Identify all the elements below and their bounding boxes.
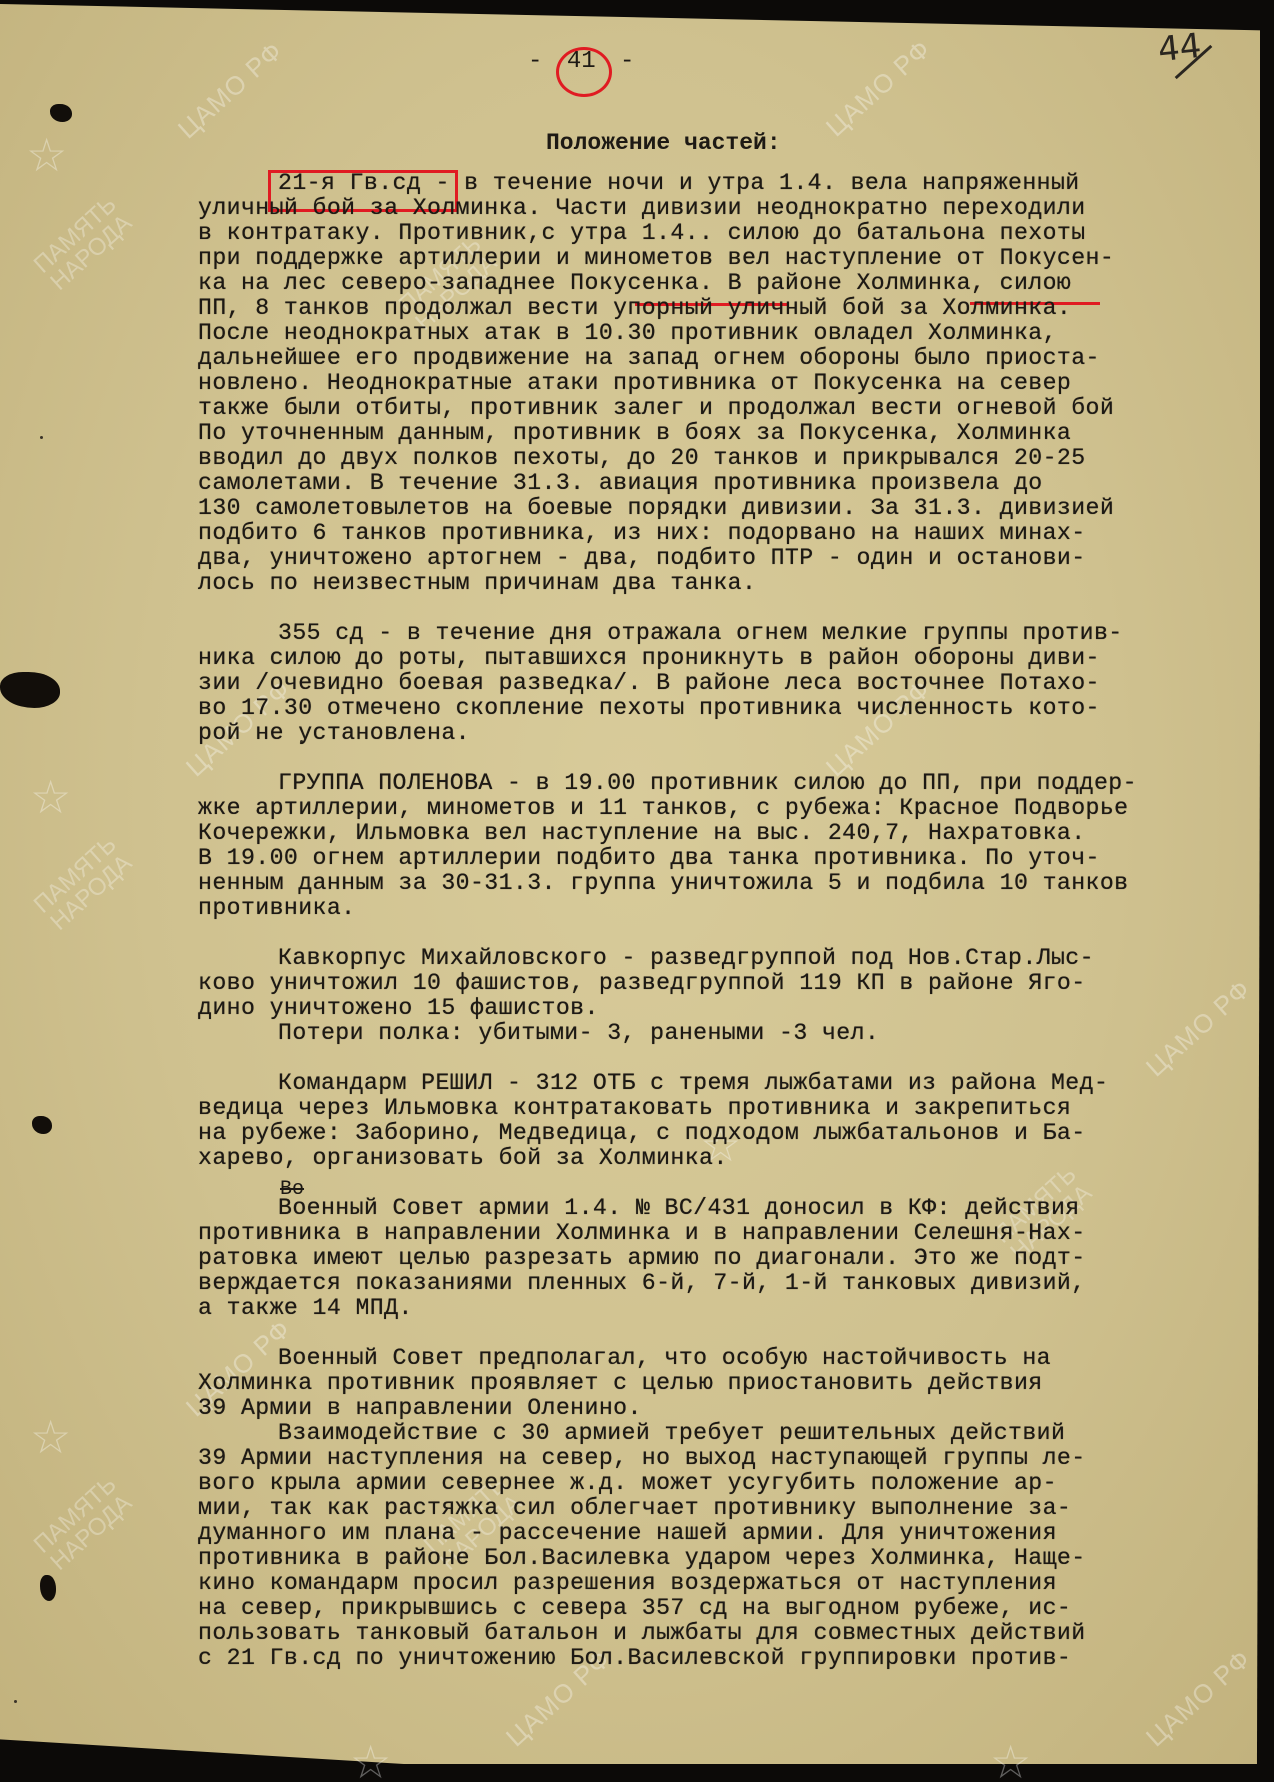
text-line: Потери полка: убитыми- 3, ранеными -3 че… — [278, 1020, 879, 1046]
text-line: а также 14 МПД. — [198, 1295, 413, 1321]
text-line: ково уничтожил 10 фашистов, разведгруппо… — [198, 970, 1086, 996]
text-line: противника в направлении Холминка и в на… — [198, 1220, 1086, 1246]
text-line: на север, прикрывшись с севера 357 сд на… — [198, 1595, 1071, 1621]
paper-hole — [40, 1575, 56, 1601]
text-line: во 17.30 отмечено скопление пехоты проти… — [198, 695, 1100, 721]
text-line: ведица через Ильмовка контратаковать про… — [198, 1095, 1071, 1121]
watermark-star-icon: ☆ — [30, 770, 71, 824]
text-line: 39 Армии наступления на север, но выход … — [198, 1445, 1086, 1471]
text-line: думанного им плана - рассечение нашей ар… — [198, 1520, 1057, 1546]
text-line: противника в районе Бол.Василевка ударом… — [198, 1545, 1086, 1571]
text-line: в контратаку. Противник,с утра 1.4.. сил… — [198, 220, 1086, 246]
text-line: 130 самолетовылетов на боевые порядки ди… — [198, 495, 1114, 521]
archive-sheet-number: 44 — [1156, 26, 1203, 70]
text-line: уличный бой за Холминка. Части дивизии н… — [198, 195, 1086, 221]
text-line: После неоднократных атак в 10.30 противн… — [198, 320, 1057, 346]
text-line: ратовка имеют целью разрезать армию по д… — [198, 1245, 1086, 1271]
text-line: лось по неизвестным причинам два танка. — [198, 570, 756, 596]
text-line: харево, организовать бой за Холминка. — [198, 1145, 728, 1171]
text-line: дино уничтожено 15 фашистов. — [198, 995, 599, 1021]
text-line: кино командарм просил разрешения воздерж… — [198, 1570, 1057, 1596]
text-line: на рубеже: Заборино, Медведица, с подход… — [198, 1120, 1086, 1146]
scan-border — [1260, 0, 1274, 1782]
page-number-dash: - — [528, 48, 542, 75]
text-line: ГРУППА ПОЛЕНОВА - в 19.00 противник сило… — [278, 770, 1137, 796]
text-line: 355 сд - в течение дня отражала огнем ме… — [278, 620, 1123, 646]
text-line: дальнейшее его продвижение на запад огне… — [198, 345, 1100, 371]
text-line: Кочережки, Ильмовка вел наступление на в… — [198, 820, 1086, 846]
section-heading: Положение частей: — [546, 130, 781, 156]
text-line: Кавкорпус Михайловского - разведгруппой … — [278, 945, 1094, 971]
paper-hole — [32, 1116, 52, 1134]
text-line: 39 Армии в направлении Оленино. — [198, 1395, 642, 1421]
text-line: Холминка противник проявляет с целью при… — [198, 1370, 1043, 1396]
text-line: Командарм РЕШИЛ - 312 ОТБ с тремя лыжбат… — [278, 1070, 1108, 1096]
text-line: жке артиллерии, минометов и 11 танков, с… — [198, 795, 1128, 821]
paper-speck — [40, 436, 43, 439]
text-line: мии, так как растяжка сил облегчает прот… — [198, 1495, 1071, 1521]
text-line: Военный Совет предполагал, что особую на… — [278, 1345, 1051, 1371]
text-line: 21-я Гв.сд - в течение ночи и утра 1.4. … — [278, 170, 1080, 196]
text-line: также были отбиты, противник залег и про… — [198, 395, 1114, 421]
text-line: ника силою до роты, пытавшихся проникнут… — [198, 645, 1100, 671]
paper-speck — [14, 1700, 17, 1703]
text-line: В 19.00 огнем артиллерии подбито два тан… — [198, 845, 1100, 871]
watermark-star-icon: ☆ — [350, 1735, 391, 1782]
page-number-highlight-circle — [556, 47, 612, 97]
text-line: ненным данным за 30-31.3. группа уничтож… — [198, 870, 1128, 896]
text-line: противника. — [198, 895, 355, 921]
text-line: ПП, 8 танков продолжал вести упорный ули… — [198, 295, 1071, 321]
text-line: новлено. Неоднократные атаки противника … — [198, 370, 1071, 396]
text-line: Военный Совет армии 1.4. № ВС/431 доноси… — [278, 1195, 1080, 1221]
text-line: ка на лес северо-западнее Покусенка. В р… — [198, 270, 1071, 296]
text-line: при поддержке артиллерии и минометов вел… — [198, 245, 1114, 271]
watermark-star-icon: ☆ — [26, 128, 67, 182]
page-number-dash: - — [620, 48, 634, 75]
text-line: самолетами. В течение 31.3. авиация прот… — [198, 470, 1043, 496]
paper-hole — [50, 104, 72, 122]
text-line: с 21 Гв.сд по уничтожению Бол.Василевско… — [198, 1645, 1071, 1671]
text-line: рой не установлена. — [198, 720, 470, 746]
text-line: вводил до двух полков пехоты, до 20 танк… — [198, 445, 1086, 471]
text-line: По уточненным данным, противник в боях з… — [198, 420, 1071, 446]
text-line: Взаимодействие с 30 армией требует решит… — [278, 1420, 1065, 1446]
text-line: два, уничтожено артогнем - два, подбито … — [198, 545, 1086, 571]
text-line: верждается показаниями пленных 6-й, 7-й,… — [198, 1270, 1086, 1296]
watermark-star-icon: ☆ — [30, 1410, 71, 1464]
text-line: вого крыла армии севернее ж.д. может усу… — [198, 1470, 1057, 1496]
text-line: подбито 6 танков противника, из них: под… — [198, 520, 1086, 546]
watermark-star-icon: ☆ — [990, 1735, 1031, 1782]
text-line: пользовать танковый батальон и лыжбаты д… — [198, 1620, 1086, 1646]
text-line: зии /очевидно боевая разведка/. В районе… — [198, 670, 1100, 696]
